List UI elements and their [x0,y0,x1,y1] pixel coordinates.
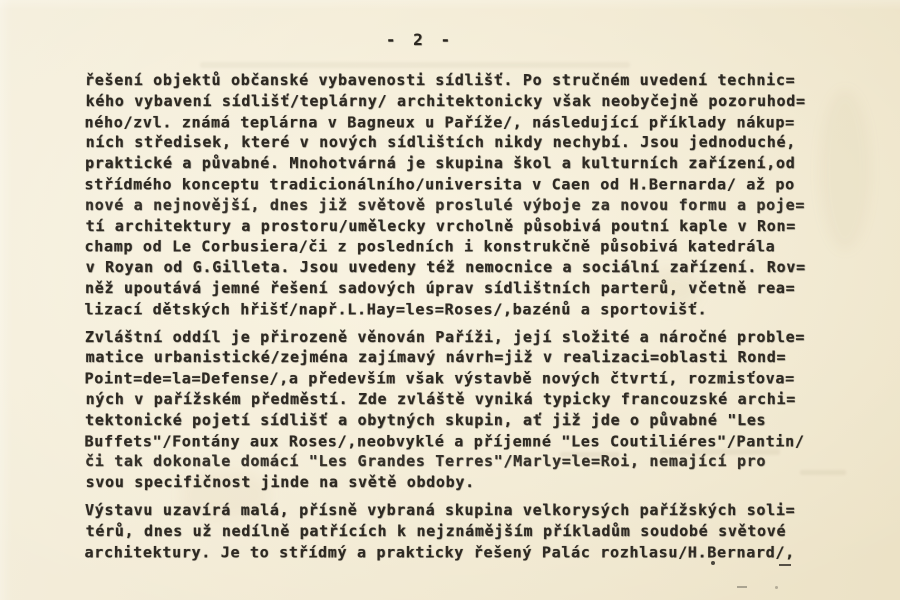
text-line: nové a nejnovější, dnes již světově pros… [85,195,845,216]
text-line: svou specifičnost jinde na světě obdoby. [86,472,846,493]
document-text: řešení objektů občanské vybavenosti sídl… [85,70,845,569]
text-line: Zvláštní oddíl je přirozeně věnován Paří… [85,327,845,348]
text-line: architektury. Je to střídmý a prakticky … [85,542,845,563]
text-line: matice urbanistické/zejména zajímavý náv… [86,347,846,368]
text-line: Point=de=la=Defense/,a především však vý… [85,368,845,389]
text-line: champ od Le Corbusiera/či z posledních i… [85,237,845,258]
text-line: Buffets"/Fontány aux Roses/,neobvyklé a … [85,431,845,452]
text-line: kého vybavení sídlišť/teplárny/ architek… [86,91,846,112]
ink-speck [775,586,778,589]
bleed-through-mark [200,62,630,68]
text-line: střídmého konceptu tradicionálního/unive… [85,174,845,195]
ink-speck [737,586,747,588]
text-line: či tak dokonale domácí "Les Grandes Terr… [85,451,845,472]
text-line: řešení objektů občanské vybavenosti sídl… [85,70,845,91]
text-line: tektonické pojetí sídlišť a obytných sku… [85,410,845,431]
text-line: ných v pařížském předměstí. Zde zvláště … [86,389,846,410]
scanned-document-page: - 2 - řešení objektů občanské vybavenost… [0,0,900,600]
paragraph-1: řešení objektů občanské vybavenosti sídl… [85,70,845,320]
paragraph-3: Výstavu uzavírá malá, přísně vybraná sku… [85,500,845,562]
text-line: Výstavu uzavírá malá, přísně vybraná sku… [85,500,845,521]
page-number: - 2 - [0,30,840,49]
text-line: tí architektury a prostoru/umělecky vrch… [86,216,846,237]
text-line: v Royan od G.Gilleta. Jsou uvedeny též n… [86,257,846,278]
text-line: ného/zvl. známá teplárna v Bagneux u Pař… [85,112,845,133]
text-line: něž upoutává jemné řešení sadových úprav… [85,278,845,299]
text-line: térů, dnes už nedílně patřících k nejzná… [86,521,846,542]
paragraph-2: Zvláštní oddíl je přirozeně věnován Paří… [85,327,845,493]
text-line: praktické a půvabné. Mnohotvárná je skup… [85,153,845,174]
text-line: ních středisek, které v nových sídlištíc… [86,132,846,153]
text-line: lizací dětských hřišť/např.L.Hay=les=Ros… [85,299,845,320]
